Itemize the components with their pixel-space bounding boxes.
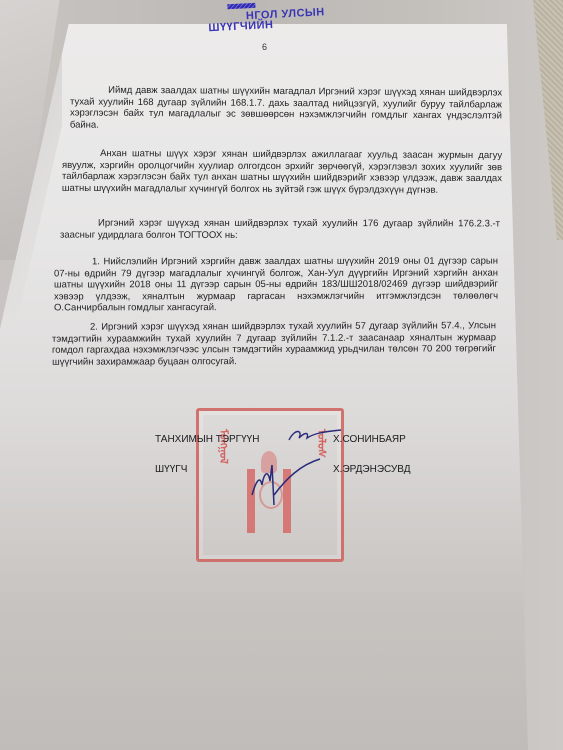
seal-left-script: ᠮᠣᠩᠭᠣᠯ: [219, 429, 233, 539]
stamp-emblem: [227, 3, 255, 9]
paragraph-conclusion: Иймд давж заалдах шатны шүүхийн магадлал…: [70, 84, 502, 133]
stamp-line-2: ШҮҮГЧИЙН: [208, 19, 274, 34]
resolution-item-2: 2. Иргэний хэрэг шүүхэд хянан шийдвэрлэх…: [52, 320, 496, 368]
signature-role-chief: ТАНХИМЫН ТЭРГҮҮН: [155, 434, 259, 445]
page-number: 6: [262, 42, 267, 52]
handwritten-signature-2: [246, 455, 326, 511]
paragraph-resolution-intro: Иргэний хэрэг шүүхэд хянан шийдвэрлэх ту…: [60, 218, 500, 242]
handwritten-signature-1: [285, 424, 345, 448]
paragraph-first-instance: Анхан шатны шүүх хэрэг хянан шийдвэрлэх …: [62, 148, 502, 197]
signature-name-judge: Х.ЭРДЭНЭСУВД: [333, 464, 410, 475]
signature-role-judge: ШҮҮГЧ: [155, 464, 187, 475]
resolution-item-1: 1. Нийслэлийн Иргэний хэргийн давж заалд…: [54, 256, 498, 315]
